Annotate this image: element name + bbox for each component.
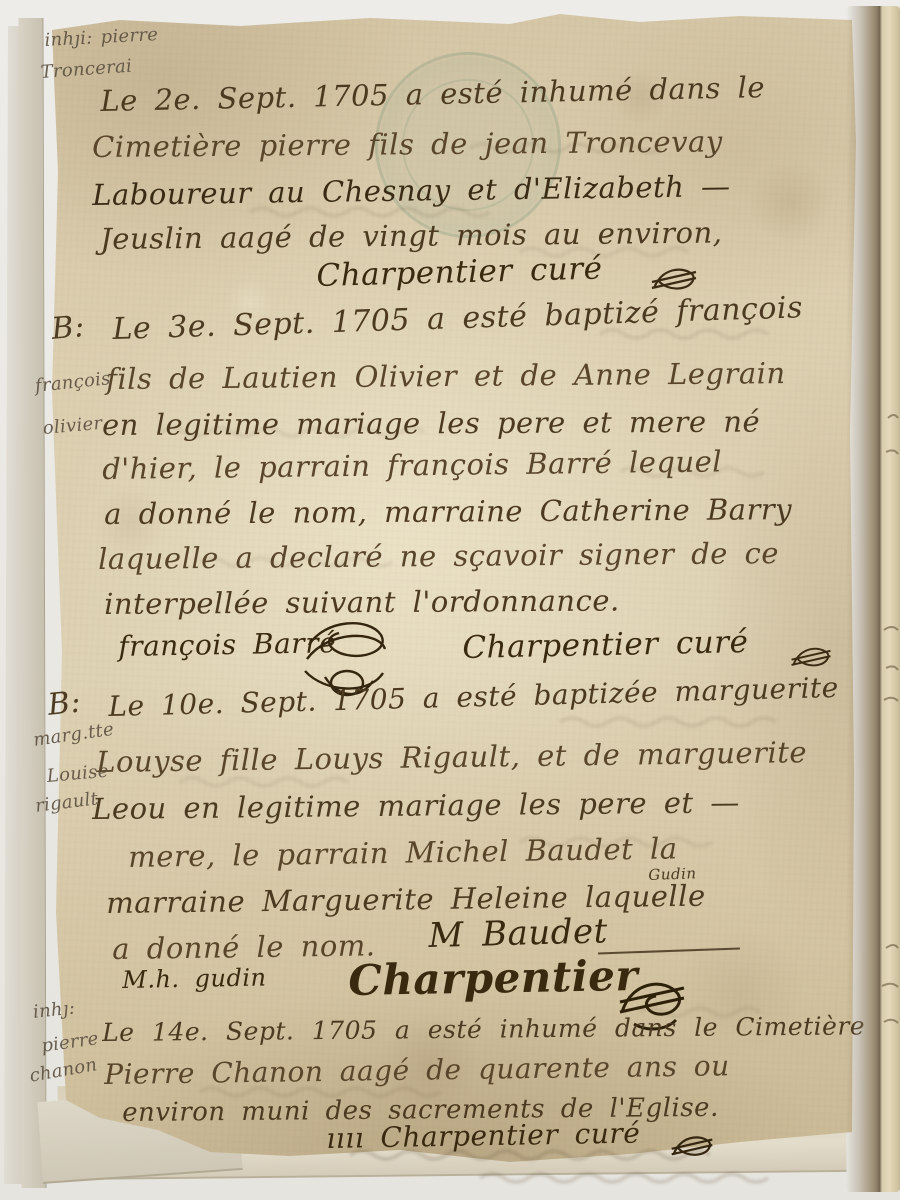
manuscript-line: Leou en legitime mariage les pere et — bbox=[92, 785, 740, 826]
entry-mark: B: bbox=[46, 685, 83, 723]
manuscript-line: laquelle a declaré ne sçavoir signer de … bbox=[98, 536, 779, 576]
signature: M.h. gudin bbox=[122, 963, 267, 994]
paraph-flourish-icon bbox=[788, 640, 834, 674]
signature: Charpentier bbox=[348, 951, 638, 1005]
signature: Charpentier curé bbox=[462, 624, 749, 666]
paraph-flourish-icon bbox=[668, 1128, 716, 1164]
signature: ıııı Charpentier curé bbox=[326, 1117, 641, 1155]
manuscript-line: a donné le nom. bbox=[112, 928, 376, 966]
manuscript-line: a donné le nom, marraine Catherine Barry bbox=[104, 492, 792, 531]
manuscript-line: fils de Lautien Olivier et de Anne Legra… bbox=[106, 356, 786, 396]
margin-note: inhȷ: bbox=[32, 998, 76, 1023]
scanned-manuscript: inhȷi: pierre Troncerai Le 2e. Sept. 170… bbox=[0, 0, 900, 1200]
signature: Charpentier curé bbox=[316, 251, 603, 294]
inserted-word: Gudin bbox=[648, 864, 697, 884]
paraph-flourish-icon bbox=[648, 262, 700, 296]
manuscript-line: Jeuslin aagé de vingt mois au environ, bbox=[100, 215, 723, 256]
entry-mark: B: bbox=[50, 309, 86, 347]
next-page-ink-fragments bbox=[874, 0, 900, 1200]
manuscript-line: Cimetière pierre fils de jean Troncevay bbox=[92, 124, 723, 164]
manuscript-line: en legitime mariage les pere et mere né bbox=[102, 405, 760, 442]
signature: M Baudet bbox=[428, 911, 608, 956]
